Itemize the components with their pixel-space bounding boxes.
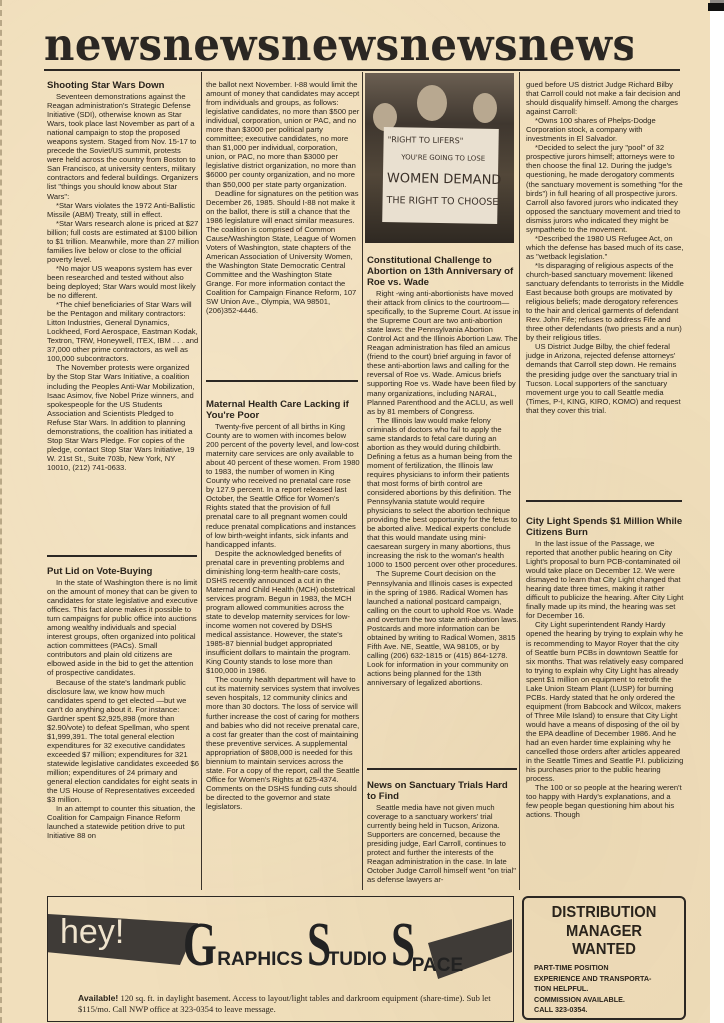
scan-corner [708,3,724,11]
word-studio: TUDIO [328,949,387,971]
initial-s: S [307,915,331,975]
paragraph: The county health department will have t… [206,675,360,811]
article-vote-buying: Put Lid on Vote-Buying In the state of W… [47,566,199,840]
ad-title-line: MANAGER [530,923,677,942]
paragraph: *Owns 100 shares of Phelps-Dodge Corpora… [526,116,684,143]
article-sanctuary-continued: gued before US district Judge Richard Bi… [526,80,684,415]
paragraph: *Described the 1980 US Refugee Act, on w… [526,234,684,261]
paragraph: Right -wing anti-abortionists have moved… [367,289,519,416]
masthead-title: newsnewsnewsnewsnews [44,22,633,68]
paragraph: The 100 or so people at the hearing were… [526,783,684,819]
protest-photo: "RIGHT TO LIFERS" YOU'RE GOING TO LOSE W… [365,73,514,243]
graphics-studio-ad: hey! GRAPHICS STUDIO SPACE Available! 12… [47,896,514,1022]
paragraph: Twenty-five percent of all births in Kin… [206,422,360,549]
paragraph: Seattle media have not given much covera… [367,803,519,884]
paragraph: The November protests were organized by … [47,363,199,472]
article-vote-buying-continued: the ballot next November. I-88 would lim… [206,80,360,315]
photo-figure [473,93,497,123]
paragraph: *No major US weapons system has ever bee… [47,264,199,300]
ad-body: Available! 120 sq. ft. in daylight basem… [78,993,508,1015]
protest-sign: "RIGHT TO LIFERS" YOU'RE GOING TO LOSE W… [382,127,499,224]
paragraph: *Decided to select the jury "pool" of 32… [526,143,684,233]
column-divider [201,72,202,890]
word-space: PACE [412,955,463,977]
sign-line: YOU'RE GOING TO LOSE [401,153,485,162]
paragraph: Because of the state's landmark public d… [47,678,199,805]
headline: City Light Spends $1 Million While Citiz… [526,516,684,538]
ad-line: COMMISSION AVAILABLE. [534,995,680,1006]
paragraph: In the last issue of the Passage, we rep… [526,539,684,620]
ad-title-line: WANTED [530,941,677,960]
article-maternal-health: Maternal Health Care Lacking if You're P… [206,399,360,811]
sign-line: "RIGHT TO LIFERS" [388,135,464,145]
paragraph: Seventeen demonstrations against the Rea… [47,92,199,201]
ad-line: TION HELPFUL. [534,984,680,995]
paragraph: In an attempt to counter this situation,… [47,804,199,840]
article-star-wars: Shooting Star Wars Down Seventeen demons… [47,80,199,472]
sign-line: THE RIGHT TO CHOOSE [386,195,498,208]
ad-title-line: DISTRIBUTION [530,904,677,923]
word-graphics: RAPHICS [217,949,303,971]
article-divider [526,500,682,502]
headline: Shooting Star Wars Down [47,80,199,91]
paragraph: Deadline for signatures on the petition … [206,189,360,316]
article-divider [206,380,358,382]
paragraph: the ballot next November. I-88 would lim… [206,80,360,189]
initial-g: G [183,915,217,975]
ad-body: PART-TIME POSITION EXPERIENCE AND TRANSP… [534,963,680,1016]
paragraph: Despite the acknowledged benefits of pre… [206,549,360,676]
column-divider [519,72,520,890]
sign-line: WOMEN DEMAND [387,171,502,188]
ad-line: PART-TIME POSITION [534,963,680,974]
masthead-rule [44,69,680,71]
paragraph: The Illinois law would make felony crimi… [367,416,519,570]
headline: Constitutional Challenge to Abortion on … [367,255,519,288]
ad-hey: hey! [60,913,124,952]
ad-line: EXPERIENCE AND TRANSPORTA- [534,974,680,985]
article-divider [367,768,517,770]
paragraph: *Star Wars violates the 1972 Anti-Ballis… [47,201,199,219]
ad-headline: GRAPHICS STUDIO SPACE [183,915,463,975]
ad-available: Available! [78,993,118,1003]
headline: News on Sanctuary Trials Hard to Find [367,780,519,802]
article-divider [47,555,197,557]
ad-details: 120 sq. ft. in daylight basement. Access… [78,993,491,1014]
ad-line: CALL 323-0354. [534,1005,680,1016]
distribution-manager-ad: DISTRIBUTION MANAGER WANTED PART-TIME PO… [522,896,686,1020]
paragraph: The Supreme Court decision on the Pennsy… [367,569,519,687]
paragraph: gued before US district Judge Richard Bi… [526,80,684,116]
paragraph: *The chief beneficiaries of Star Wars wi… [47,300,199,363]
article-city-light: City Light Spends $1 Million While Citiz… [526,516,684,819]
column-divider [362,72,363,890]
paragraph: *Is disparaging of religious aspects of … [526,261,684,342]
headline: Put Lid on Vote-Buying [47,566,199,577]
paragraph: *Star Wars research alone is priced at $… [47,219,199,264]
ad-title: DISTRIBUTION MANAGER WANTED [530,904,677,960]
article-sanctuary: News on Sanctuary Trials Hard to Find Se… [367,780,519,884]
paragraph: City Light superintendent Randy Hardy op… [526,620,684,783]
paragraph: US District Judge Bilby, the chief feder… [526,342,684,414]
paragraph: In the state of Washington there is no l… [47,578,199,678]
photo-figure [417,85,447,121]
headline: Maternal Health Care Lacking if You're P… [206,399,360,421]
article-roe-v-wade: Constitutional Challenge to Abortion on … [367,255,519,687]
